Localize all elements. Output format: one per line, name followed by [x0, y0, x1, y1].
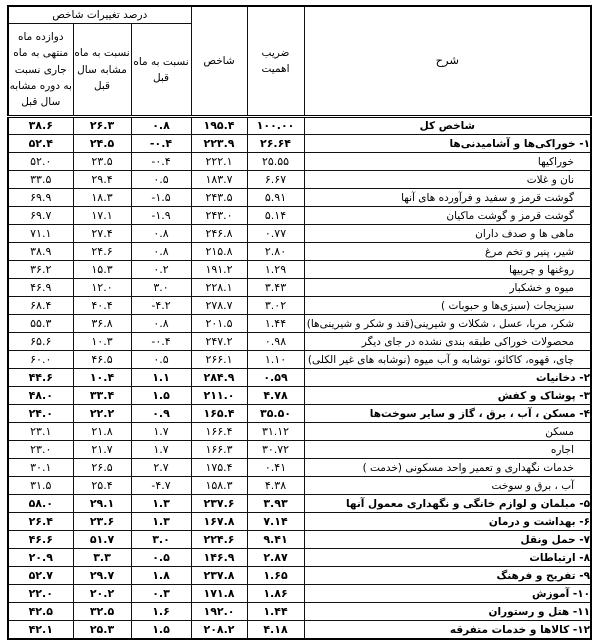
- cell-index: ۱۹۱.۲: [191, 261, 247, 279]
- cell-index: ۲۴۶.۸: [191, 225, 247, 243]
- cell-twelve-month: ۳۱.۵: [8, 477, 73, 495]
- cell-year-over-year: ۳۲.۵: [73, 603, 131, 621]
- cell-twelve-month: ۶۹.۷: [8, 207, 73, 225]
- cell-index: ۲۲۲.۱: [191, 153, 247, 171]
- header-twelve-month: دوازده ماه منتهی به ماه جاری نسبت به دور…: [8, 24, 73, 117]
- table-row: ۶- بهداشت و درمان ۷.۱۴ ۱۶۷.۸ ۱.۳ ۲۳.۶ ۲۶…: [8, 513, 591, 531]
- cell-month-over-month: -۴.۲: [131, 297, 191, 315]
- cell-weight: ۹.۴۱: [247, 531, 304, 549]
- cell-month-over-month: -۰.۴: [131, 153, 191, 171]
- table-row: ۵- مبلمان و لوازم خانگی و نگهداری معمول …: [8, 495, 591, 513]
- cell-weight: ۵.۱۴: [247, 207, 304, 225]
- cell-weight: ۲.۸۰: [247, 243, 304, 261]
- cell-month-over-month: ۳.۰: [131, 279, 191, 297]
- cell-year-over-year: ۲۵.۴: [73, 477, 131, 495]
- cell-year-over-year: ۱۰.۳: [73, 333, 131, 351]
- table-row: ۱۲- کالاها و خدمات متفرقه ۴.۱۸ ۲۰۸.۲ ۱.۵…: [8, 621, 591, 639]
- cell-twelve-month: ۳۰.۱: [8, 459, 73, 477]
- table-row: آب ، برق و سوخت ۴.۳۸ ۱۵۸.۳ -۴.۷ ۲۵.۴ ۳۱.…: [8, 477, 591, 495]
- table-row: ۱- خوراکی‌ها و آشامیدنی‌ها ۲۶.۶۴ ۲۲۳.۹ -…: [8, 135, 591, 153]
- cell-month-over-month: ۳.۰: [131, 531, 191, 549]
- cell-year-over-year: ۲۲.۲: [73, 405, 131, 423]
- table-row: گوشت قرمز و گوشت ماکیان ۵.۱۴ ۲۴۳.۰ -۱.۹ …: [8, 207, 591, 225]
- cell-description: ۱۰- آموزش: [304, 585, 591, 603]
- cell-year-over-year: ۳.۳: [73, 549, 131, 567]
- cell-description: ۱۲- کالاها و خدمات متفرقه: [304, 621, 591, 639]
- cell-twelve-month: ۴۲.۱: [8, 621, 73, 639]
- cell-description: ۷- حمل ونقل: [304, 531, 591, 549]
- cell-month-over-month: -۰.۴: [131, 135, 191, 153]
- cell-weight: ۳.۴۳: [247, 279, 304, 297]
- cell-weight: ۱.۴۴: [247, 315, 304, 333]
- cell-index: ۲۲۴.۶: [191, 531, 247, 549]
- cell-index: ۲۳۷.۶: [191, 495, 247, 513]
- cell-index: ۱۶۷.۸: [191, 513, 247, 531]
- table-row: نان و غلات ۶.۶۷ ۱۸۳.۷ ۰.۵ ۲۹.۴ ۳۳.۵: [8, 171, 591, 189]
- cell-year-over-year: ۲۵.۳: [73, 621, 131, 639]
- cell-description: چای، قهوه، کاکائو، نوشابه و آب میوه (نوش…: [304, 351, 591, 369]
- cell-month-over-month: ۱.۵: [131, 621, 191, 639]
- cell-twelve-month: ۴۴.۶: [8, 369, 73, 387]
- cell-weight: ۰.۷۷: [247, 225, 304, 243]
- cell-index: ۱۶۵.۴: [191, 405, 247, 423]
- table-row: خوراکیها ۲۵.۵۵ ۲۲۲.۱ -۰.۴ ۲۳.۵ ۵۲.۰: [8, 153, 591, 171]
- cell-weight: ۰.۹۸: [247, 333, 304, 351]
- cell-twelve-month: ۲۰.۹: [8, 549, 73, 567]
- cell-weight: ۵.۹۱: [247, 189, 304, 207]
- cell-description: ۲- دخانیات: [304, 369, 591, 387]
- cell-weight: ۰.۴۱: [247, 459, 304, 477]
- cell-twelve-month: ۵۵.۳: [8, 315, 73, 333]
- cell-twelve-month: ۶۰.۰: [8, 351, 73, 369]
- table-row: شکر، مربا، عسل ، شکلات و شیرینی(قند و شک…: [8, 315, 591, 333]
- cell-year-over-year: ۲۳.۵: [73, 153, 131, 171]
- cell-year-over-year: ۲۹.۱: [73, 495, 131, 513]
- table-row: ماهی ها و صدف داران ۰.۷۷ ۲۴۶.۸ ۰.۸ ۲۷.۴ …: [8, 225, 591, 243]
- cell-description: خوراکیها: [304, 153, 591, 171]
- cell-year-over-year: ۳۳.۴: [73, 387, 131, 405]
- cell-twelve-month: ۳۸.۶: [8, 117, 73, 135]
- cell-year-over-year: ۲۰.۲: [73, 585, 131, 603]
- cell-index: ۲۱۵.۸: [191, 243, 247, 261]
- cell-month-over-month: ۱.۳: [131, 513, 191, 531]
- cell-description: ماهی ها و صدف داران: [304, 225, 591, 243]
- cell-year-over-year: ۱۸.۳: [73, 189, 131, 207]
- cell-month-over-month: -۴.۷: [131, 477, 191, 495]
- cell-year-over-year: ۱۷.۱: [73, 207, 131, 225]
- cell-weight: ۳۱.۱۲: [247, 423, 304, 441]
- cell-index: ۲۶۶.۱: [191, 351, 247, 369]
- cell-weight: ۲۶.۶۴: [247, 135, 304, 153]
- cell-index: ۱۴۶.۹: [191, 549, 247, 567]
- header-weight: ضریب اهمیت: [247, 6, 304, 117]
- cell-index: ۲۷۸.۷: [191, 297, 247, 315]
- cell-index: ۱۹۵.۴: [191, 117, 247, 135]
- cell-description: نان و غلات: [304, 171, 591, 189]
- cell-twelve-month: ۲۳.۰: [8, 441, 73, 459]
- cell-weight: ۱.۶۵: [247, 567, 304, 585]
- cell-twelve-month: ۵۲.۷: [8, 567, 73, 585]
- cell-weight: ۲.۸۷: [247, 549, 304, 567]
- table-row: خدمات نگهداری و تعمیر واحد مسکونی (خدمت …: [8, 459, 591, 477]
- cell-twelve-month: ۴۲.۵: [8, 603, 73, 621]
- cell-twelve-month: ۳۳.۵: [8, 171, 73, 189]
- cell-month-over-month: ۱.۳: [131, 495, 191, 513]
- cell-index: ۲۳۷.۸: [191, 567, 247, 585]
- table-row: روغنها و چربیها ۱.۲۹ ۱۹۱.۲ ۰.۲ ۱۵.۳ ۳۶.۲: [8, 261, 591, 279]
- cell-month-over-month: ۱.۵: [131, 387, 191, 405]
- cell-description: ۸- ارتباطات: [304, 549, 591, 567]
- cell-month-over-month: ۱.۱: [131, 369, 191, 387]
- cell-month-over-month: ۰.۲: [131, 261, 191, 279]
- cell-twelve-month: ۳۸.۹: [8, 243, 73, 261]
- cell-month-over-month: ۱.۷: [131, 423, 191, 441]
- table-row: سبزیجات (سبزی‌ها و حبوبات ) ۳.۰۲ ۲۷۸.۷ -…: [8, 297, 591, 315]
- cell-year-over-year: ۱۵.۳: [73, 261, 131, 279]
- table-row: اجاره ۳۰.۷۲ ۱۶۶.۳ ۱.۷ ۲۱.۷ ۲۳.۰: [8, 441, 591, 459]
- cell-month-over-month: ۰.۹: [131, 405, 191, 423]
- cell-twelve-month: ۴۸.۰: [8, 387, 73, 405]
- cell-description: ۵- مبلمان و لوازم خانگی و نگهداری معمول …: [304, 495, 591, 513]
- cell-year-over-year: ۱۲.۰: [73, 279, 131, 297]
- cell-weight: ۱.۸۶: [247, 585, 304, 603]
- table-row: ۸- ارتباطات ۲.۸۷ ۱۴۶.۹ ۰.۵ ۳.۳ ۲۰.۹: [8, 549, 591, 567]
- cell-month-over-month: ۰.۸: [131, 225, 191, 243]
- cell-twelve-month: ۵۸.۰: [8, 495, 73, 513]
- cpi-table: شرح ضریب اهمیت شاخص درصد تغییرات شاخص نس…: [7, 5, 592, 640]
- cell-year-over-year: ۲۶.۳: [73, 117, 131, 135]
- cell-weight: ۴.۷۸: [247, 387, 304, 405]
- cell-weight: ۶.۶۷: [247, 171, 304, 189]
- cell-index: ۲۴۳.۵: [191, 189, 247, 207]
- cell-description: روغنها و چربیها: [304, 261, 591, 279]
- cell-month-over-month: ۱.۷: [131, 441, 191, 459]
- cell-year-over-year: ۲۶.۵: [73, 459, 131, 477]
- table-row: ۹- تفریح و فرهنگ ۱.۶۵ ۲۳۷.۸ ۱.۸ ۲۹.۷ ۵۲.…: [8, 567, 591, 585]
- header-percent-changes-group: درصد تغییرات شاخص: [8, 6, 191, 24]
- table-header: شرح ضریب اهمیت شاخص درصد تغییرات شاخص نس…: [8, 6, 591, 117]
- table-row: شاخص کل ۱۰۰.۰۰ ۱۹۵.۴ ۰.۸ ۲۶.۳ ۳۸.۶: [8, 117, 591, 135]
- cell-year-over-year: ۱۰.۴: [73, 369, 131, 387]
- cell-description: خدمات نگهداری و تعمیر واحد مسکونی (خدمت …: [304, 459, 591, 477]
- cell-month-over-month: ۲.۷: [131, 459, 191, 477]
- cell-weight: ۴.۳۸: [247, 477, 304, 495]
- cell-index: ۲۴۷.۲: [191, 333, 247, 351]
- table-row: گوشت قرمز و سفید و فرآورده های آنها ۵.۹۱…: [8, 189, 591, 207]
- cell-index: ۱۹۲.۰: [191, 603, 247, 621]
- cell-twelve-month: ۵۲.۰: [8, 153, 73, 171]
- table-row: شیر، پنیر و تخم مرغ ۲.۸۰ ۲۱۵.۸ ۰.۸ ۲۴.۶ …: [8, 243, 591, 261]
- cell-year-over-year: ۲۴.۵: [73, 135, 131, 153]
- cell-index: ۱۷۱.۸: [191, 585, 247, 603]
- table-body: شاخص کل ۱۰۰.۰۰ ۱۹۵.۴ ۰.۸ ۲۶.۳ ۳۸.۶ ۱- خو…: [8, 117, 591, 639]
- cell-twelve-month: ۳۶.۲: [8, 261, 73, 279]
- cell-weight: ۳۰.۷۲: [247, 441, 304, 459]
- table-row: ۷- حمل ونقل ۹.۴۱ ۲۲۴.۶ ۳.۰ ۵۱.۷ ۴۶.۶: [8, 531, 591, 549]
- table-row: چای، قهوه، کاکائو، نوشابه و آب میوه (نوش…: [8, 351, 591, 369]
- cell-twelve-month: ۲۴.۰: [8, 405, 73, 423]
- cell-description: ۳- پوشاک و کفش: [304, 387, 591, 405]
- cell-description: ۶- بهداشت و درمان: [304, 513, 591, 531]
- page: شرح ضریب اهمیت شاخص درصد تغییرات شاخص نس…: [0, 0, 596, 640]
- cell-index: ۱۸۳.۷: [191, 171, 247, 189]
- cell-twelve-month: ۴۶.۶: [8, 531, 73, 549]
- cell-description: شکر، مربا، عسل ، شکلات و شیرینی(قند و شک…: [304, 315, 591, 333]
- cell-description: ۱۱- هتل و رستوران: [304, 603, 591, 621]
- cell-description: مسکن: [304, 423, 591, 441]
- cell-twelve-month: ۲۲.۰: [8, 585, 73, 603]
- cell-twelve-month: ۲۶.۴: [8, 513, 73, 531]
- cell-weight: ۳.۰۲: [247, 297, 304, 315]
- cell-description: میوه و خشکبار: [304, 279, 591, 297]
- cell-index: ۲۰۸.۲: [191, 621, 247, 639]
- cell-description: گوشت قرمز و سفید و فرآورده های آنها: [304, 189, 591, 207]
- cell-index: ۲۱۱.۰: [191, 387, 247, 405]
- cell-weight: ۱.۱۰: [247, 351, 304, 369]
- cell-month-over-month: ۱.۶: [131, 603, 191, 621]
- cell-twelve-month: ۵۲.۴: [8, 135, 73, 153]
- cell-month-over-month: ۰.۵: [131, 549, 191, 567]
- cell-month-over-month: ۰.۸: [131, 117, 191, 135]
- header-month-over-month: نسبت به ماه قبل: [131, 24, 191, 117]
- cell-index: ۲۲۳.۹: [191, 135, 247, 153]
- cell-weight: ۱.۲۹: [247, 261, 304, 279]
- cell-index: ۱۵۸.۳: [191, 477, 247, 495]
- table-row: میوه و خشکبار ۳.۴۳ ۲۲۸.۱ ۳.۰ ۱۲.۰ ۴۶.۹: [8, 279, 591, 297]
- cell-twelve-month: ۲۳.۱: [8, 423, 73, 441]
- cell-index: ۲۰۱.۵: [191, 315, 247, 333]
- cell-description: محصولات خوراکی طبقه بندی نشده در جای دیگ…: [304, 333, 591, 351]
- cell-description: اجاره: [304, 441, 591, 459]
- cell-month-over-month: ۰.۳: [131, 585, 191, 603]
- cell-year-over-year: ۵۱.۷: [73, 531, 131, 549]
- cell-month-over-month: -۱.۹: [131, 207, 191, 225]
- cell-year-over-year: ۲۹.۷: [73, 567, 131, 585]
- cell-description: ۴- مسکن ، آب ، برق ، گاز و سایر سوخت‌ها: [304, 405, 591, 423]
- cell-weight: ۳.۹۳: [247, 495, 304, 513]
- cell-index: ۱۷۵.۴: [191, 459, 247, 477]
- cell-index: ۲۸۴.۹: [191, 369, 247, 387]
- cell-weight: ۴.۱۸: [247, 621, 304, 639]
- cell-index: ۱۶۶.۳: [191, 441, 247, 459]
- cell-month-over-month: ۱.۸: [131, 567, 191, 585]
- cell-year-over-year: ۲۹.۴: [73, 171, 131, 189]
- table-row: مسکن ۳۱.۱۲ ۱۶۶.۴ ۱.۷ ۲۱.۸ ۲۳.۱: [8, 423, 591, 441]
- cell-description: شاخص کل: [304, 117, 591, 135]
- cell-description: آب ، برق و سوخت: [304, 477, 591, 495]
- cell-year-over-year: ۳۶.۸: [73, 315, 131, 333]
- table-row: ۳- پوشاک و کفش ۴.۷۸ ۲۱۱.۰ ۱.۵ ۳۳.۴ ۴۸.۰: [8, 387, 591, 405]
- cell-month-over-month: ۰.۸: [131, 243, 191, 261]
- cell-index: ۲۲۸.۱: [191, 279, 247, 297]
- cell-index: ۱۶۶.۴: [191, 423, 247, 441]
- cell-description: سبزیجات (سبزی‌ها و حبوبات ): [304, 297, 591, 315]
- table-row: ۱۱- هتل و رستوران ۱.۴۴ ۱۹۲.۰ ۱.۶ ۳۲.۵ ۴۲…: [8, 603, 591, 621]
- cell-description: ۱- خوراکی‌ها و آشامیدنی‌ها: [304, 135, 591, 153]
- cell-index: ۲۴۳.۰: [191, 207, 247, 225]
- cell-weight: ۷.۱۴: [247, 513, 304, 531]
- cell-month-over-month: ۰.۵: [131, 171, 191, 189]
- cell-weight: ۱.۴۴: [247, 603, 304, 621]
- header-year-over-year: نسبت به ماه مشابه سال قبل: [73, 24, 131, 117]
- table-row: ۴- مسکن ، آب ، برق ، گاز و سایر سوخت‌ها …: [8, 405, 591, 423]
- cell-description: گوشت قرمز و گوشت ماکیان: [304, 207, 591, 225]
- cell-month-over-month: ۰.۵: [131, 351, 191, 369]
- table-row: ۲- دخانیات ۰.۵۹ ۲۸۴.۹ ۱.۱ ۱۰.۴ ۴۴.۶: [8, 369, 591, 387]
- cell-month-over-month: ۰.۸: [131, 315, 191, 333]
- cell-weight: ۳۵.۵۰: [247, 405, 304, 423]
- cell-year-over-year: ۲۳.۶: [73, 513, 131, 531]
- table-row: محصولات خوراکی طبقه بندی نشده در جای دیگ…: [8, 333, 591, 351]
- table-row: ۱۰- آموزش ۱.۸۶ ۱۷۱.۸ ۰.۳ ۲۰.۲ ۲۲.۰: [8, 585, 591, 603]
- cell-twelve-month: ۶۵.۶: [8, 333, 73, 351]
- header-index: شاخص: [191, 6, 247, 117]
- cell-year-over-year: ۴۰.۴: [73, 297, 131, 315]
- cell-twelve-month: ۷۱.۱: [8, 225, 73, 243]
- header-group-row: شرح ضریب اهمیت شاخص درصد تغییرات شاخص: [8, 6, 591, 24]
- cell-description: ۹- تفریح و فرهنگ: [304, 567, 591, 585]
- cell-twelve-month: ۶۹.۹: [8, 189, 73, 207]
- cell-twelve-month: ۴۶.۹: [8, 279, 73, 297]
- cell-year-over-year: ۴۶.۵: [73, 351, 131, 369]
- cell-weight: ۰.۵۹: [247, 369, 304, 387]
- header-description: شرح: [304, 6, 591, 117]
- cell-year-over-year: ۲۷.۴: [73, 225, 131, 243]
- cell-twelve-month: ۶۸.۴: [8, 297, 73, 315]
- cell-year-over-year: ۲۱.۷: [73, 441, 131, 459]
- cell-weight: ۲۵.۵۵: [247, 153, 304, 171]
- cell-month-over-month: -۰.۴: [131, 333, 191, 351]
- cell-year-over-year: ۲۱.۸: [73, 423, 131, 441]
- cell-month-over-month: -۱.۵: [131, 189, 191, 207]
- cell-weight: ۱۰۰.۰۰: [247, 117, 304, 135]
- cell-description: شیر، پنیر و تخم مرغ: [304, 243, 591, 261]
- cell-year-over-year: ۲۴.۶: [73, 243, 131, 261]
